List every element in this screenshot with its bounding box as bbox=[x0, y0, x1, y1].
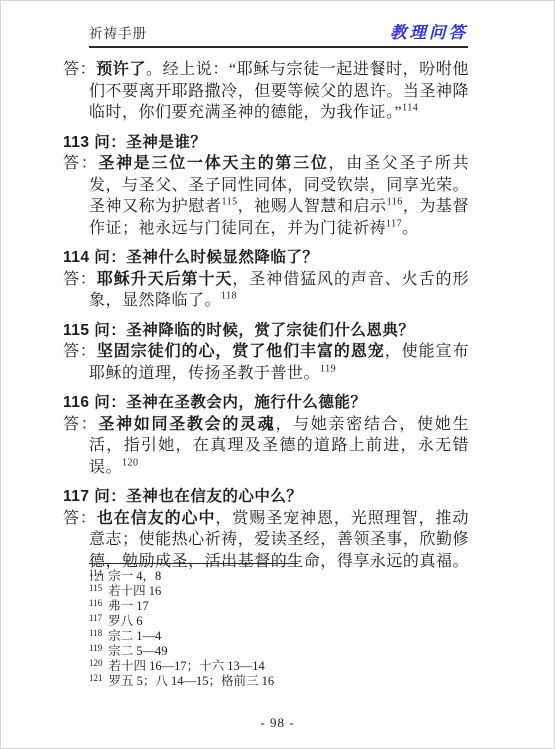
footnote-marker: 114 bbox=[89, 568, 102, 578]
qa-block-116: 116 问：圣神在圣教会内，施行什么德能？ 答：圣神如同圣教会的灵魂，与她亲密结… bbox=[63, 392, 469, 478]
page-footer: - 98 - bbox=[1, 715, 554, 731]
answer-label: 答： bbox=[63, 155, 98, 172]
header-right-title: 教理问答 bbox=[390, 19, 468, 43]
answer-body: 预许了。经上说：“耶稣与宗徒一起进餐时，吩咐他们不要离开耶路撒冷，但要等候父的恩… bbox=[89, 61, 469, 121]
answer-body: 耶稣升天后第十天，圣神借猛风的声音、火舌的形象，显然降临了。118 bbox=[89, 271, 469, 310]
qa-block-115: 115 问：圣神降临的时候，赏了宗徒们什么恩典？ 答：坚固宗徒们的心，赏了他们丰… bbox=[63, 320, 469, 385]
footnote-text: 宗二 1—4 bbox=[108, 629, 161, 643]
document-page: 祈祷手册 教理问答 答：预许了。经上说：“耶稣与宗徒一起进餐时，吩咐他们不要离开… bbox=[0, 0, 555, 749]
header-left-title: 祈祷手册 bbox=[89, 22, 147, 42]
footnote-item: 116弗一 17 bbox=[63, 599, 469, 614]
footnote-marker: 119 bbox=[89, 643, 102, 653]
footnotes: 114宗一 4，8 115若十四 16 116弗一 17 117罗八 6 118… bbox=[63, 557, 469, 689]
footnote-text: 弗一 17 bbox=[108, 599, 149, 613]
answer-label: 答： bbox=[63, 271, 97, 288]
footnote-marker: 116 bbox=[89, 598, 102, 608]
answer-label: 答： bbox=[63, 510, 97, 527]
footnote-marker: 120 bbox=[89, 658, 103, 668]
question-text: 117 问：圣神也在信友的心中么？ bbox=[63, 486, 469, 508]
answer-paragraph: 答：圣神如同圣教会的灵魂，与她亲密结合，使她生活，指引她，在真理及圣德的道路上前… bbox=[63, 414, 469, 479]
answer-label: 答： bbox=[63, 343, 97, 360]
footnote-text: 宗二 5—49 bbox=[108, 644, 167, 658]
footnote-item: 121罗五 5；八 14—15；格前三 16 bbox=[63, 674, 469, 689]
answer-body: 坚固宗徒们的心，赏了他们丰富的恩宠，使能宣布耶稣的道理，传扬圣教于普世。119 bbox=[89, 343, 469, 382]
qa-block-114: 114 问：圣神什么时候显然降临了？ 答：耶稣升天后第十天，圣神借猛风的声音、火… bbox=[63, 247, 469, 312]
answer-label: 答： bbox=[63, 61, 96, 78]
footnote-item: 114宗一 4，8 bbox=[63, 569, 469, 584]
page-header: 祈祷手册 教理问答 bbox=[89, 19, 468, 48]
answer-paragraph: 答：圣神是三位一体天主的第三位，由圣父圣子所共发，与圣父、圣子同性同体，同受钦崇… bbox=[63, 153, 469, 239]
footnote-marker: 115 bbox=[89, 583, 102, 593]
answer-paragraph: 答：预许了。经上说：“耶稣与宗徒一起进餐时，吩咐他们不要离开耶路撒冷，但要等候父… bbox=[63, 59, 469, 124]
answer-paragraph: 答：耶稣升天后第十天，圣神借猛风的声音、火舌的形象，显然降临了。118 bbox=[63, 269, 469, 312]
footnote-text: 宗一 4，8 bbox=[108, 569, 161, 583]
footnote-item: 119宗二 5—49 bbox=[63, 644, 469, 659]
footnote-item: 117罗八 6 bbox=[63, 614, 469, 629]
footnote-item: 118宗二 1—4 bbox=[63, 629, 469, 644]
question-text: 113 问：圣神是谁？ bbox=[63, 132, 469, 154]
qa-block-intro: 答：预许了。经上说：“耶稣与宗徒一起进餐时，吩咐他们不要离开耶路撒冷，但要等候父… bbox=[63, 59, 469, 124]
question-text: 114 问：圣神什么时候显然降临了？ bbox=[63, 247, 469, 269]
answer-label: 答： bbox=[63, 416, 98, 433]
main-text: 答：预许了。经上说：“耶稣与宗徒一起进餐时，吩咐他们不要离开耶路撒冷，但要等候父… bbox=[63, 51, 469, 594]
footnote-item: 115若十四 16 bbox=[63, 584, 469, 599]
footnote-text: 罗八 6 bbox=[108, 614, 142, 628]
footnote-marker: 121 bbox=[89, 673, 103, 683]
answer-paragraph: 答：坚固宗徒们的心，赏了他们丰富的恩宠，使能宣布耶稣的道理，传扬圣教于普世。11… bbox=[63, 341, 469, 384]
answer-body: 圣神是三位一体天主的第三位，由圣父圣子所共发，与圣父、圣子同性同体，同受钦崇，同… bbox=[89, 155, 469, 237]
question-text: 115 问：圣神降临的时候，赏了宗徒们什么恩典？ bbox=[63, 320, 469, 342]
answer-body: 圣神如同圣教会的灵魂，与她亲密结合，使她生活，指引她，在真理及圣德的道路上前进，… bbox=[89, 416, 469, 476]
footnote-marker: 118 bbox=[89, 628, 102, 638]
footnote-item: 120若十四 16—17；十六 13—14 bbox=[63, 659, 469, 674]
footnote-text: 若十四 16 bbox=[108, 584, 161, 598]
footnote-text: 罗五 5；八 14—15；格前三 16 bbox=[109, 674, 275, 688]
footnote-marker: 117 bbox=[89, 613, 102, 623]
page-number: - 98 - bbox=[260, 715, 294, 730]
footnote-separator bbox=[89, 563, 298, 564]
footnote-text: 若十四 16—17；十六 13—14 bbox=[109, 659, 265, 673]
qa-block-113: 113 问：圣神是谁？ 答：圣神是三位一体天主的第三位，由圣父圣子所共发，与圣父… bbox=[63, 132, 469, 240]
question-text: 116 问：圣神在圣教会内，施行什么德能？ bbox=[63, 392, 469, 414]
